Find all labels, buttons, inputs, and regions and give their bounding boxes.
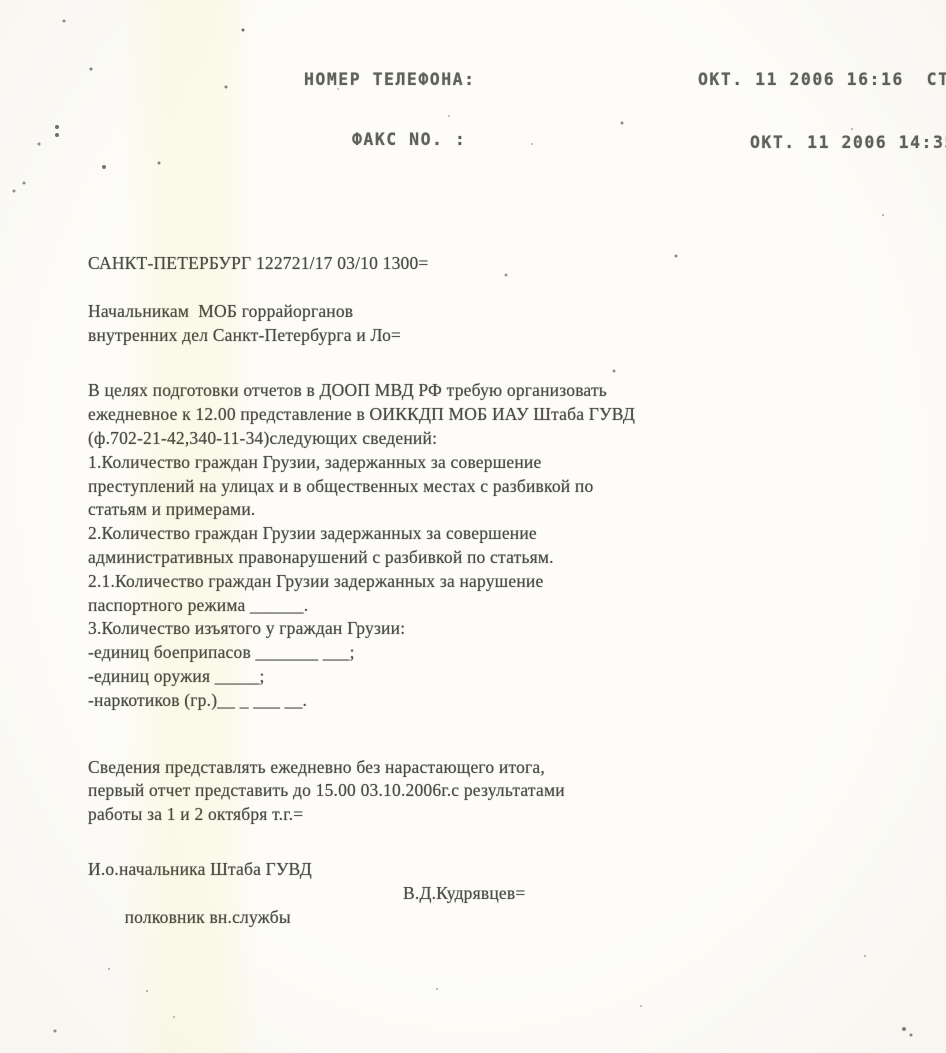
fax-phone-number-label: НОМЕР ТЕЛЕФОНА: [304,70,476,89]
fax-number-label: ФАКС NO. : [352,130,466,149]
signer-name: В.Д.Кудрявцев= [403,882,525,906]
body-line: 2.Количество граждан Грузии задержанных … [88,522,728,546]
closing-block: Сведения представлять ежедневно без нара… [88,756,728,827]
body-line: 2.1.Количество граждан Грузии задержанны… [88,570,728,594]
fax-timestamp-top: ОКТ. 11 2006 16:16 СТР [698,70,946,89]
signer-title: И.о.начальника Штаба ГУВД [88,858,728,882]
body-line: 3.Количество изъятого у граждан Грузии: [88,617,728,641]
body-line: -наркотиков (гр.)__ _ ___ __. [88,689,728,713]
body-line: паспортного режима ______. [88,594,728,618]
body-line: -единиц боеприпасов _______ ___; [88,641,728,665]
document-body: САНКТ-ПЕТЕРБУРГ 122721/17 03/10 1300= На… [88,252,728,977]
body-line: административных правонарушений с разбив… [88,546,728,570]
body-line: статьям и примерами. [88,498,728,522]
order-text-block: В целях подготовки отчетов в ДООП МВД РФ… [88,379,728,712]
body-line: преступлений на улицах и в общественных … [88,475,728,499]
scanned-fax-page: НОМЕР ТЕЛЕФОНА: ОКТ. 11 2006 16:16 СТР Ф… [0,0,946,1053]
reference-line: САНКТ-ПЕТЕРБУРГ 122721/17 03/10 1300= [88,252,728,276]
signer-rank: полковник вн.службы [125,907,291,927]
body-line: (ф.702-21-42,340-11-34)следующих сведени… [88,427,728,451]
closing-line: Сведения представлять ежедневно без нара… [88,756,728,780]
closing-line: первый отчет представить до 15.00 03.10.… [88,779,728,803]
body-line: В целях подготовки отчетов в ДООП МВД РФ… [88,379,728,403]
body-line: ежедневное к 12.00 представление в ОИККД… [88,403,728,427]
scan-noise [0,0,2,2]
addressee-line: Начальникам МОБ горрайорганов [88,300,728,324]
body-line: 1.Количество граждан Грузии, задержанных… [88,451,728,475]
addressee-block: Начальникам МОБ горрайорганов внутренних… [88,300,728,348]
closing-line: работы за 1 и 2 октября т.г.= [88,803,728,827]
signature-block: И.о.начальника Штаба ГУВД полковник вн.с… [88,858,728,977]
signer-rank-row: полковник вн.службы В.Д.Кудрявцев= [88,882,728,977]
addressee-line: внутренних дел Санкт-Петербурга и Ло= [88,324,728,348]
body-line: -единиц оружия _____; [88,665,728,689]
fax-timestamp-bottom: ОКТ. 11 2006 14:35 [750,133,946,152]
